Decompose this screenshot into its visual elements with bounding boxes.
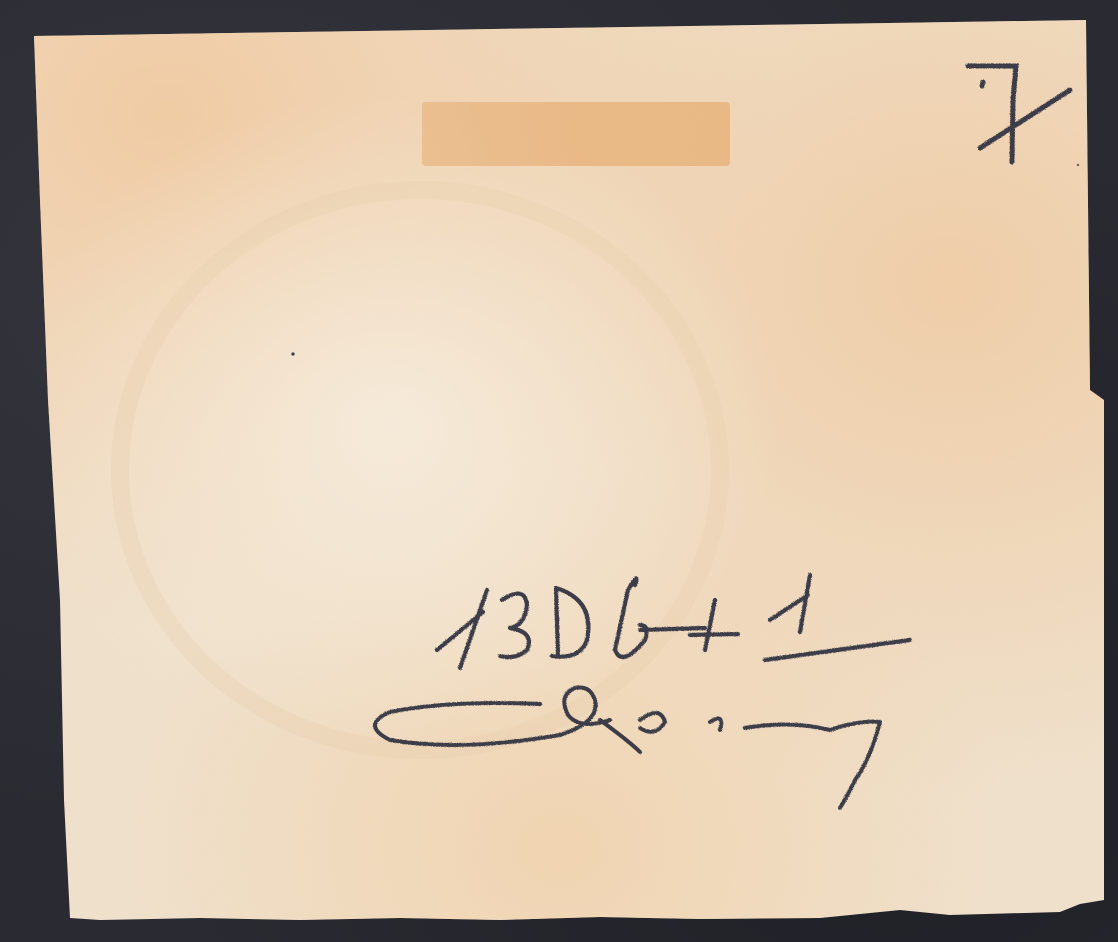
- hinge-remnant: [422, 102, 730, 166]
- stamp-paper: [0, 0, 1118, 942]
